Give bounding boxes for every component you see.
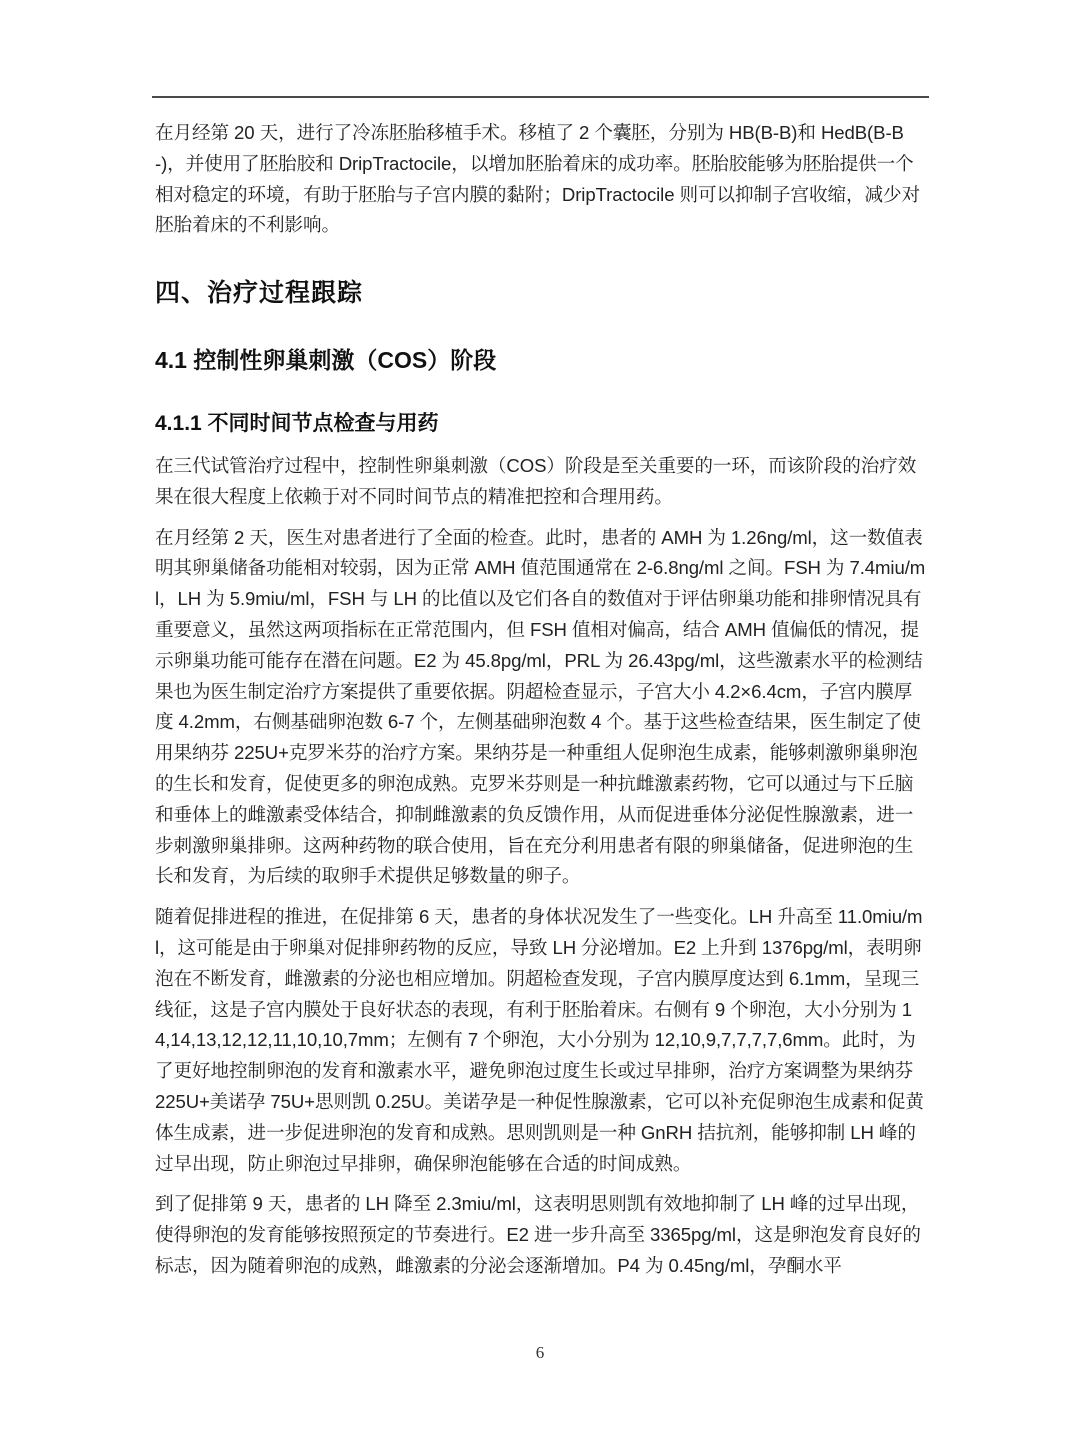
page-number: 6: [0, 1343, 1080, 1363]
intro-paragraph: 在月经第 20 天，进行了冷冻胚胎移植手术。移植了 2 个囊胚，分别为 HB(B…: [155, 118, 927, 241]
paragraph-stim-day-6: 随着促排进程的推进，在促排第 6 天，患者的身体状况发生了一些变化。LH 升高至…: [155, 902, 927, 1179]
paragraph-stim-day-9: 到了促排第 9 天，患者的 LH 降至 2.3miu/ml，这表明思则凯有效地抑…: [155, 1189, 927, 1281]
paragraph-day-2-exam: 在月经第 2 天，医生对患者进行了全面的检查。此时，患者的 AMH 为 1.26…: [155, 523, 927, 893]
section-title: 四、治疗过程跟踪: [155, 273, 363, 309]
document-page: 在月经第 20 天，进行了冷冻胚胎移植手术。移植了 2 个囊胚，分别为 HB(B…: [0, 0, 1080, 1439]
subsubsection-title: 4.1.1 不同时间节点检查与用药: [155, 407, 439, 437]
paragraph-cos-overview: 在三代试管治疗过程中，控制性卵巢刺激（COS）阶段是至关重要的一环，而该阶段的治…: [155, 451, 927, 513]
intro-paragraph-block: 在月经第 20 天，进行了冷冻胚胎移植手术。移植了 2 个囊胚，分别为 HB(B…: [155, 118, 927, 251]
body-paragraphs: 在三代试管治疗过程中，控制性卵巢刺激（COS）阶段是至关重要的一环，而该阶段的治…: [155, 451, 927, 1292]
subsection-title: 4.1 控制性卵巢刺激（COS）阶段: [155, 342, 496, 375]
header-rule-divider: [152, 96, 929, 98]
